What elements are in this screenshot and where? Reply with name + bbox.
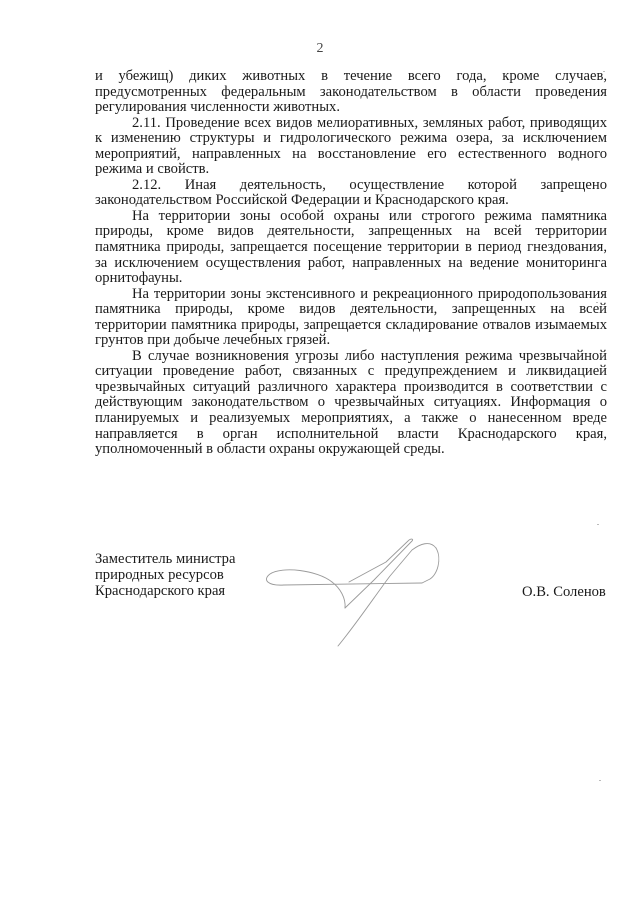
signer-title-line: Краснодарского края xyxy=(95,583,235,599)
text-line: орнитофауны. xyxy=(95,271,607,287)
text-line: регулирования численности животных. xyxy=(95,100,607,116)
scan-speck xyxy=(603,71,605,72)
scan-speck xyxy=(599,780,601,781)
text-line: 2.12. Иная деятельность, осуществление к… xyxy=(95,178,607,194)
signer-title: Заместитель министра природных ресурсов … xyxy=(95,551,235,599)
text-line: памятника природы, кроме видов деятельно… xyxy=(95,302,607,318)
signature-icon xyxy=(262,538,442,658)
text-line: и убежищ) диких животных в течение всего… xyxy=(95,69,607,85)
text-line: действующим законодательством о чрезвыча… xyxy=(95,395,607,411)
text-line: территории памятника природы, запрещаетс… xyxy=(95,318,607,334)
paragraph-emergency: В случае возникновения угрозы либо насту… xyxy=(95,349,607,458)
signer-title-line: природных ресурсов xyxy=(95,567,235,583)
text-line: 2.11. Проведение всех видов мелиоративны… xyxy=(95,116,607,132)
text-line: чрезвычайных ситуаций различного характе… xyxy=(95,380,607,396)
signer-name: О.В. Соленов xyxy=(522,584,606,601)
text-line: предусмотренных федеральным законодатель… xyxy=(95,85,607,101)
page-number: 2 xyxy=(0,41,640,57)
paragraph-item-2-12: 2.12. Иная деятельность, осуществление к… xyxy=(95,178,607,209)
scan-speck xyxy=(597,524,599,525)
paragraph-item-2-11: 2.11. Проведение всех видов мелиоративны… xyxy=(95,116,607,178)
paragraph-special-protection-zone: На территории зоны особой охраны или стр… xyxy=(95,209,607,287)
text-line: ситуации проведение работ, связанных с п… xyxy=(95,364,607,380)
text-line: памятника природы, запрещается посещение… xyxy=(95,240,607,256)
text-line: уполномоченный в области охраны окружающ… xyxy=(95,442,607,458)
paragraph-continuation: и убежищ) диких животных в течение всего… xyxy=(95,69,607,116)
signer-title-line: Заместитель министра xyxy=(95,551,235,567)
text-line: планируемых и реализуемых мероприятиях, … xyxy=(95,411,607,427)
text-line: мероприятий, направленных на восстановле… xyxy=(95,147,607,163)
text-line: режима и свойств. xyxy=(95,162,607,178)
document-body: и убежищ) диких животных в течение всего… xyxy=(95,69,607,458)
text-line: законодательством Российской Федерации и… xyxy=(95,193,607,209)
paragraph-recreation-zone: На территории зоны экстенсивного и рекре… xyxy=(95,287,607,349)
scan-speck xyxy=(596,302,598,303)
text-line: грунтов при добыче лечебных грязей. xyxy=(95,333,607,349)
text-line: к изменению структуры и гидрологического… xyxy=(95,131,607,147)
text-line: На территории зоны особой охраны или стр… xyxy=(95,209,607,225)
text-line: В случае возникновения угрозы либо насту… xyxy=(95,349,607,365)
text-line: направляется в орган исполнительной влас… xyxy=(95,427,607,443)
text-line: за исключением осуществления работ, напр… xyxy=(95,256,607,272)
text-line: природы, кроме видов деятельности, запре… xyxy=(95,224,607,240)
text-line: На территории зоны экстенсивного и рекре… xyxy=(95,287,607,303)
